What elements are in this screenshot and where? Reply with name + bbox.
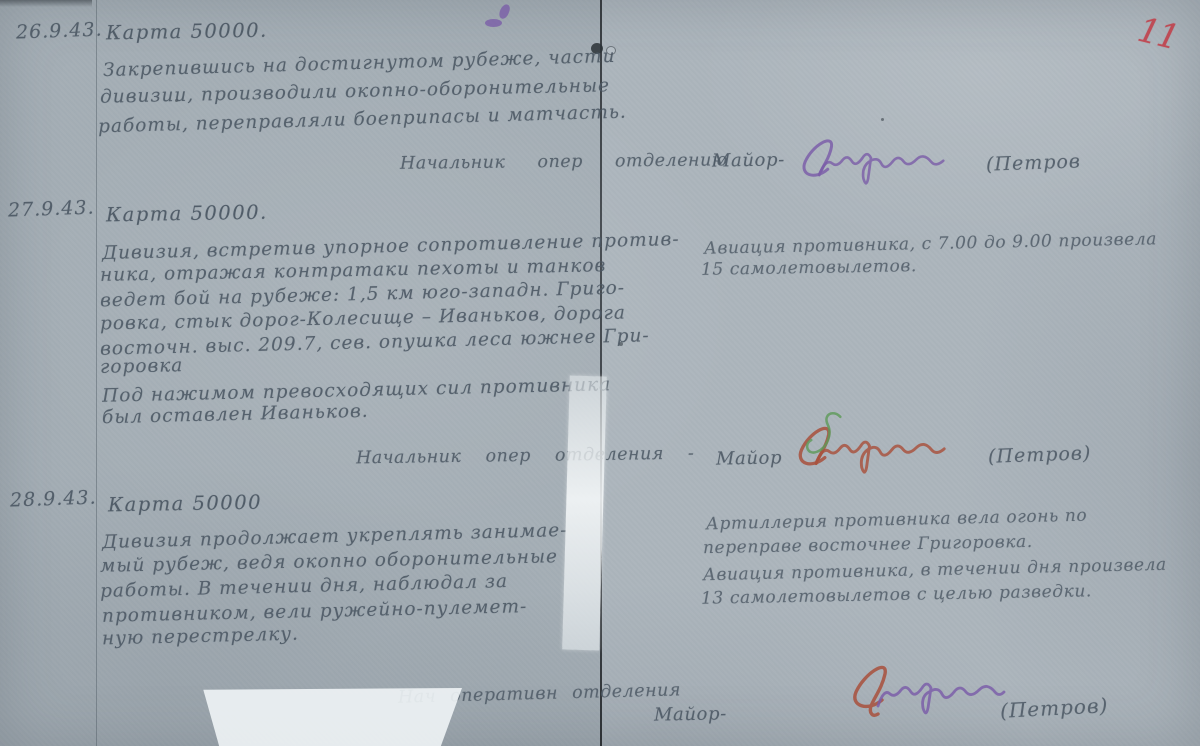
entry-date: 27.9.43.: [8, 196, 95, 221]
enemy-activity-line: 13 самолетовылетов с целью разведки.: [701, 581, 1092, 609]
enemy-activity-line: переправе восточнее Григоровка.: [703, 532, 1033, 558]
signature-rank: Майор-: [654, 703, 727, 725]
repair-tape-strip: [562, 376, 607, 651]
paper-edge-shadow: [0, 0, 92, 7]
map-reference: Карта 50000.: [106, 201, 268, 227]
date-column-rule: [96, 0, 97, 746]
repair-tape-patch: [198, 688, 462, 746]
enemy-activity-line: Артиллерия противника вела огонь по: [706, 506, 1088, 535]
journal-entry-line: противником, вели ружейно-пулемет-: [102, 596, 528, 627]
signer-name: (Петров): [988, 442, 1092, 468]
signature-ink-red: [786, 408, 951, 480]
purple-ink-blot: [485, 19, 502, 27]
signature-role: Начальник опер отделению: [400, 150, 728, 173]
purple-ink-blot: [498, 3, 511, 20]
signature-rank: Майор-: [712, 149, 785, 171]
entry-date: 28.9.43.: [10, 486, 97, 511]
journal-entry-line: ную перестрелку.: [102, 624, 299, 650]
signature-ink-purple: [790, 126, 950, 188]
page-number: 11: [1134, 10, 1182, 58]
map-reference: Карта 50000.: [106, 19, 268, 45]
journal-entry-line: работы, переправляли боеприпасы и матчас…: [98, 102, 627, 138]
signature-rank: Майор: [716, 447, 782, 469]
signature-ink-red-purple: [838, 648, 1008, 723]
entry-date: 26.9.43.: [16, 18, 103, 43]
journal-entry-line: дивизии, производили окопно-оборонительн…: [100, 75, 610, 108]
enemy-activity-line: Авиация противника, с 7.00 до 9.00 произ…: [704, 229, 1157, 258]
journal-entry-line: горовка: [100, 355, 184, 378]
signature-role: Начальник опер отделения -: [356, 444, 695, 469]
map-reference: Карта 50000: [108, 491, 262, 517]
signer-name: (Петров): [999, 693, 1108, 723]
paper-speck: [881, 118, 884, 121]
war-diary-page: 11 26.9.43. Карта 50000. Закрепившись на…: [0, 0, 1200, 746]
enemy-activity-line: Авиация противника, в течении дня произв…: [703, 555, 1167, 586]
enemy-activity-line: 15 самолетовылетов.: [701, 256, 917, 280]
signer-name: (Петров: [986, 150, 1082, 175]
